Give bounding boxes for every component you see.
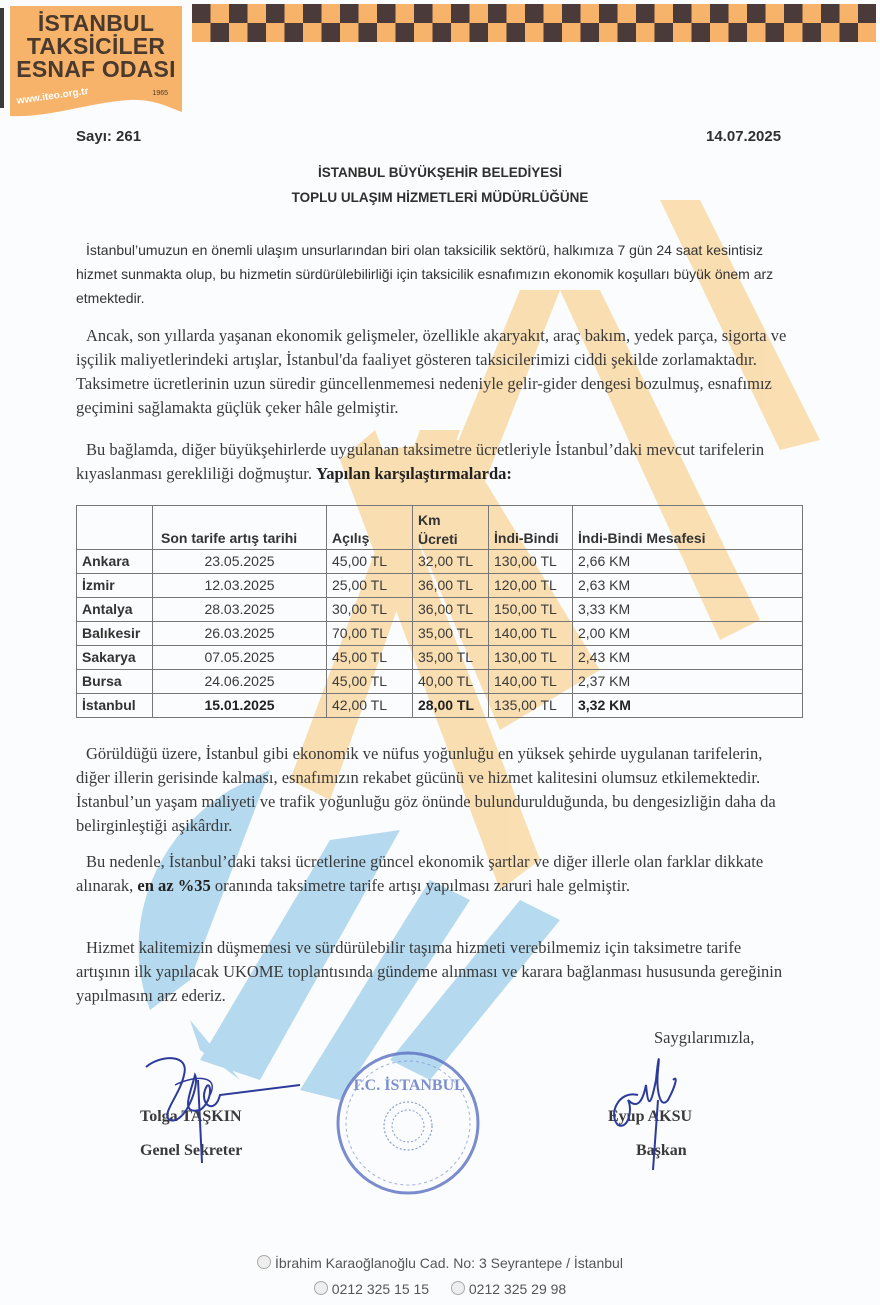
cell-per-km-fare: 35,00 TL bbox=[413, 646, 489, 670]
footer-address: İbrahim Karaoğlanoğlu Cad. No: 3 Seyrant… bbox=[0, 1255, 880, 1271]
location-icon bbox=[257, 1255, 271, 1269]
cell-short-trip-distance: 3,33 KM bbox=[573, 598, 803, 622]
cell-last-increase-date: 12.03.2025 bbox=[153, 574, 327, 598]
official-stamp: T.C. İSTANBUL bbox=[333, 1048, 483, 1198]
cell-city: İzmir bbox=[77, 574, 153, 598]
closing-salutation: Saygılarımızla, bbox=[654, 1028, 754, 1048]
cell-last-increase-date: 26.03.2025 bbox=[153, 622, 327, 646]
cell-short-trip: 120,00 TL bbox=[489, 574, 573, 598]
cell-short-trip: 130,00 TL bbox=[489, 646, 573, 670]
cell-short-trip: 130,00 TL bbox=[489, 550, 573, 574]
cell-short-trip-distance: 2,37 KM bbox=[573, 670, 803, 694]
footer-phone: 0212 325 15 15 bbox=[332, 1281, 429, 1297]
table-row: Ankara23.05.202545,00 TL32,00 TL130,00 T… bbox=[77, 550, 803, 574]
cell-short-trip-distance: 2,00 KM bbox=[573, 622, 803, 646]
signatory-1-name: Tolga TAŞKIN bbox=[140, 1108, 242, 1126]
cell-per-km-fare: 36,00 TL bbox=[413, 598, 489, 622]
cell-opening-fare: 30,00 TL bbox=[327, 598, 413, 622]
cell-per-km-fare: 28,00 TL bbox=[413, 694, 489, 718]
signatory-1-title: Genel Sekreter bbox=[140, 1142, 242, 1160]
cell-short-trip-distance: 3,32 KM bbox=[573, 694, 803, 718]
cell-opening-fare: 70,00 TL bbox=[327, 622, 413, 646]
table-row: Balıkesir26.03.202570,00 TL35,00 TL140,0… bbox=[77, 622, 803, 646]
addressee-line-2: TOPLU ULAŞIM HİZMETLERİ MÜDÜRLÜĞÜNE bbox=[0, 185, 880, 210]
addressee-line-1: İSTANBUL BÜYÜKŞEHİR BELEDİYESİ bbox=[0, 160, 880, 185]
table-row: İstanbul15.01.202542,00 TL28,00 TL135,00… bbox=[77, 694, 803, 718]
signatory-2-name: Eyup AKSU bbox=[608, 1108, 692, 1126]
table-header-row: Son tarife artış tarihi Açılış KmÜcreti … bbox=[77, 506, 803, 550]
cell-city: Ankara bbox=[77, 550, 153, 574]
svg-text:T.C. İSTANBUL: T.C. İSTANBUL bbox=[351, 1075, 465, 1094]
fax-icon bbox=[451, 1281, 465, 1295]
footer-contacts: 0212 325 15 15 0212 325 29 98 bbox=[0, 1281, 880, 1297]
cell-last-increase-date: 07.05.2025 bbox=[153, 646, 327, 670]
header-opening-fare: Açılış bbox=[327, 506, 413, 550]
cell-per-km-fare: 40,00 TL bbox=[413, 670, 489, 694]
cell-per-km-fare: 36,00 TL bbox=[413, 574, 489, 598]
cell-city: Sakarya bbox=[77, 646, 153, 670]
paragraph-6: Hizmet kalitemizin düşmemesi ve sürdürül… bbox=[76, 936, 796, 1008]
cell-short-trip-distance: 2,63 KM bbox=[573, 574, 803, 598]
header-short-trip: İndi-Bindi bbox=[489, 506, 573, 550]
cell-city: İstanbul bbox=[77, 694, 153, 718]
cell-last-increase-date: 28.03.2025 bbox=[153, 598, 327, 622]
cell-per-km-fare: 35,00 TL bbox=[413, 622, 489, 646]
organization-logo: İSTANBUL TAKSİCİLER ESNAF ODASI 1965 www… bbox=[10, 6, 182, 118]
checkered-band bbox=[192, 4, 876, 42]
addressee: İSTANBUL BÜYÜKŞEHİR BELEDİYESİ TOPLU ULA… bbox=[0, 160, 880, 210]
cell-last-increase-date: 24.06.2025 bbox=[153, 670, 327, 694]
cell-short-trip: 140,00 TL bbox=[489, 670, 573, 694]
document-number: Sayı: 261 bbox=[76, 128, 141, 145]
paragraph-2: Ancak, son yıllarda yaşanan ekonomik gel… bbox=[76, 324, 796, 420]
cell-per-km-fare: 32,00 TL bbox=[413, 550, 489, 574]
comparison-intro: Yapılan karşılaştırmalarda: bbox=[316, 464, 512, 483]
table-row: Bursa24.06.202545,00 TL40,00 TL140,00 TL… bbox=[77, 670, 803, 694]
cell-opening-fare: 25,00 TL bbox=[327, 574, 413, 598]
cell-opening-fare: 42,00 TL bbox=[327, 694, 413, 718]
cell-short-trip: 150,00 TL bbox=[489, 598, 573, 622]
header-last-increase-date: Son tarife artış tarihi bbox=[153, 506, 327, 550]
footer-fax: 0212 325 29 98 bbox=[469, 1281, 566, 1297]
fare-comparison-table: Son tarife artış tarihi Açılış KmÜcreti … bbox=[76, 505, 803, 718]
header-short-trip-distance: İndi-Bindi Mesafesi bbox=[573, 506, 803, 550]
logo-line-2: TAKSİCİLER bbox=[10, 35, 182, 58]
table-row: Sakarya07.05.202545,00 TL35,00 TL130,00 … bbox=[77, 646, 803, 670]
cell-opening-fare: 45,00 TL bbox=[327, 646, 413, 670]
cell-opening-fare: 45,00 TL bbox=[327, 670, 413, 694]
table-row: Antalya28.03.202530,00 TL36,00 TL150,00 … bbox=[77, 598, 803, 622]
table-row: İzmir12.03.202525,00 TL36,00 TL120,00 TL… bbox=[77, 574, 803, 598]
cell-short-trip-distance: 2,43 KM bbox=[573, 646, 803, 670]
document-date: 14.07.2025 bbox=[706, 128, 781, 145]
cell-short-trip: 140,00 TL bbox=[489, 622, 573, 646]
paragraph-1: İstanbul’umuzun en önemli ulaşım unsurla… bbox=[76, 238, 796, 310]
paragraph-3: Bu bağlamda, diğer büyükşehirlerde uygul… bbox=[76, 438, 796, 486]
cell-city: Antalya bbox=[77, 598, 153, 622]
logo-line-1: İSTANBUL bbox=[10, 12, 182, 35]
cell-city: Balıkesir bbox=[77, 622, 153, 646]
logo-side-strip bbox=[0, 8, 4, 108]
header-city bbox=[77, 506, 153, 550]
paragraph-5: Bu nedenle, İstanbul’daki taksi ücretler… bbox=[76, 850, 796, 898]
phone-icon bbox=[314, 1281, 328, 1295]
increase-rate: en az %35 bbox=[137, 876, 210, 895]
cell-last-increase-date: 23.05.2025 bbox=[153, 550, 327, 574]
header-per-km-fare: KmÜcreti bbox=[413, 506, 489, 550]
cell-short-trip-distance: 2,66 KM bbox=[573, 550, 803, 574]
signatory-2-title: Başkan bbox=[636, 1142, 687, 1160]
cell-city: Bursa bbox=[77, 670, 153, 694]
cell-short-trip: 135,00 TL bbox=[489, 694, 573, 718]
paragraph-4: Görüldüğü üzere, İstanbul gibi ekonomik … bbox=[76, 742, 796, 838]
cell-last-increase-date: 15.01.2025 bbox=[153, 694, 327, 718]
logo-line-3: ESNAF ODASI bbox=[10, 58, 182, 81]
cell-opening-fare: 45,00 TL bbox=[327, 550, 413, 574]
